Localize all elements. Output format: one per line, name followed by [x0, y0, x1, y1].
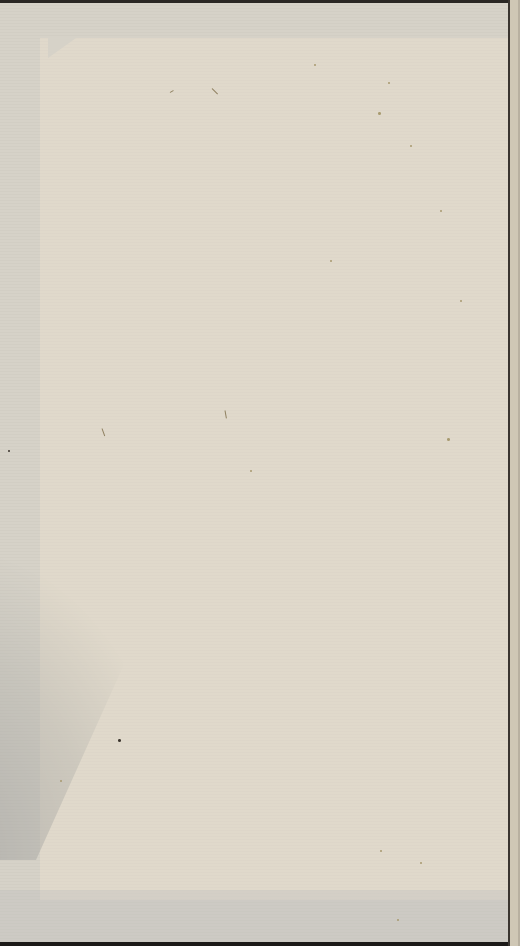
scan-edge-top — [0, 0, 508, 3]
book-spine-edge — [508, 0, 520, 946]
folded-corner — [48, 38, 76, 58]
scanned-page — [0, 0, 508, 942]
bottom-margin-band — [0, 890, 508, 942]
inset-paper-sheet — [40, 38, 508, 900]
